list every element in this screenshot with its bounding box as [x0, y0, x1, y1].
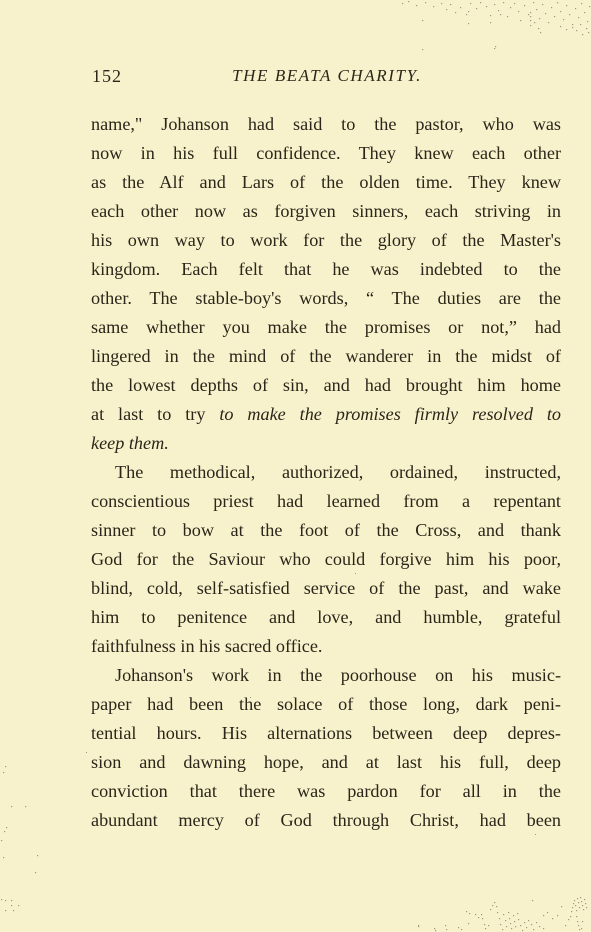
- text-line: his own way to work for the glory of the…: [91, 226, 561, 255]
- text-line: as the Alf and Lars of the olden time. T…: [91, 168, 561, 197]
- text-line: God for the Saviour who could forgive hi…: [91, 545, 561, 574]
- book-page: 152 THE BEATA CHARITY. name," Johanson h…: [0, 0, 591, 932]
- roman-text: at last to try: [91, 404, 219, 424]
- text-line: sion and dawning hope, and at last his f…: [91, 748, 561, 777]
- text-line: kingdom. Each felt that he was indebted …: [91, 255, 561, 284]
- text-line: The methodical, authorized, ordained, in…: [91, 458, 561, 487]
- text-line-mixed: at last to try to make the promises firm…: [91, 400, 561, 429]
- paragraph: The methodical, authorized, ordained, in…: [91, 458, 561, 661]
- text-line: him to penitence and love, and humble, g…: [91, 603, 561, 632]
- text-line: sinner to bow at the foot of the Cross, …: [91, 516, 561, 545]
- text-line: the lowest depths of sin, and had brough…: [91, 371, 561, 400]
- text-line: same whether you make the promises or no…: [91, 313, 561, 342]
- text-line: each other now as forgiven sinners, each…: [91, 197, 561, 226]
- text-line: paper had been the solace of those long,…: [91, 690, 561, 719]
- text-line: abundant mercy of God through Christ, ha…: [91, 806, 561, 835]
- text-line: Johanson's work in the poorhouse on his …: [91, 661, 561, 690]
- text-line: blind, cold, self-satisfied service of t…: [91, 574, 561, 603]
- text-line: other. The stable-boy's words, “ The dut…: [91, 284, 561, 313]
- running-head: 152 THE BEATA CHARITY.: [92, 66, 562, 90]
- italic-text: to make the promises firmly resolved to: [219, 404, 561, 424]
- paragraph: Johanson's work in the poorhouse on his …: [91, 661, 561, 835]
- italic-text: keep them.: [91, 433, 169, 453]
- text-line: faithfulness in his sacred office.: [91, 632, 561, 661]
- text-line-italic: keep them.: [91, 429, 561, 458]
- body-text: name," Johanson had said to the pastor, …: [91, 110, 561, 835]
- text-line: name," Johanson had said to the pastor, …: [91, 110, 561, 139]
- text-line: conscientious priest had learned from a …: [91, 487, 561, 516]
- text-line: now in his full confidence. They knew ea…: [91, 139, 561, 168]
- text-line: conviction that there was pardon for all…: [91, 777, 561, 806]
- running-title: THE BEATA CHARITY.: [92, 66, 562, 86]
- text-line: lingered in the mind of the wanderer in …: [91, 342, 561, 371]
- paragraph: name," Johanson had said to the pastor, …: [91, 110, 561, 458]
- text-line: tential hours. His alternations between …: [91, 719, 561, 748]
